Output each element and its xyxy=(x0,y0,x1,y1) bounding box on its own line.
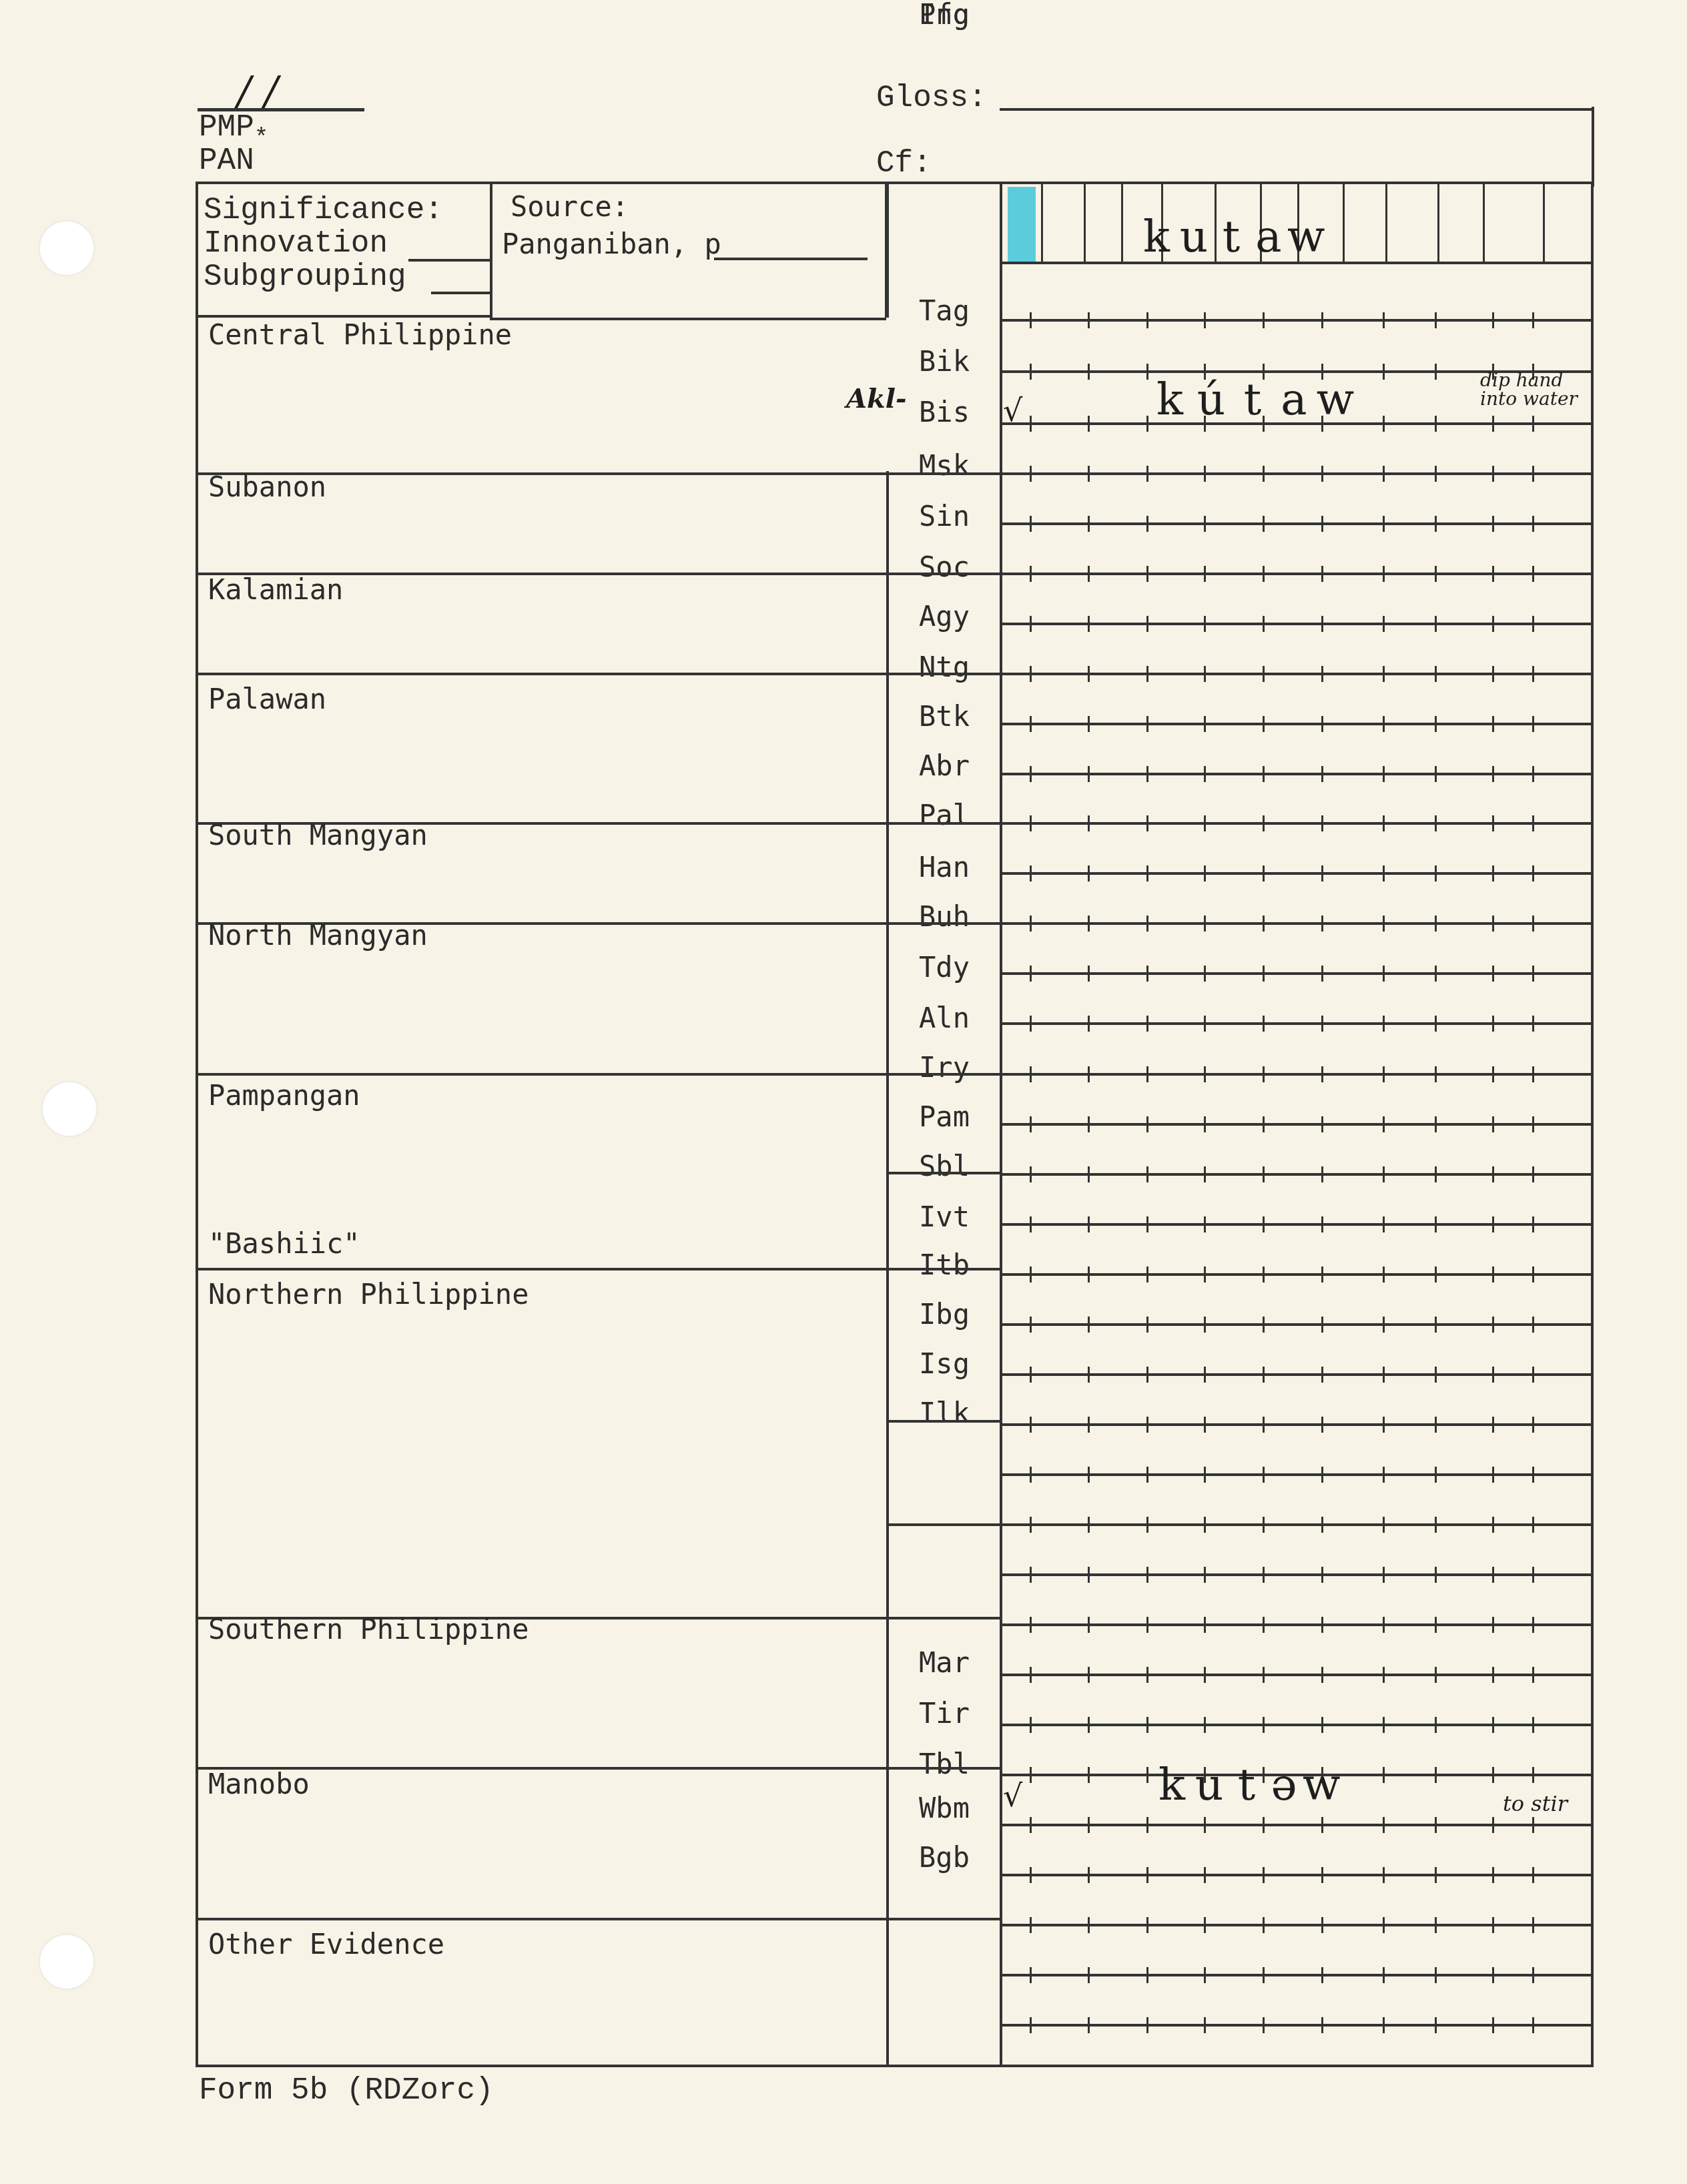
form-letter[interactable]: u xyxy=(1191,1763,1228,1807)
grid-tick xyxy=(1088,616,1090,632)
form-letter[interactable]: w xyxy=(1303,1763,1340,1807)
grid-tick xyxy=(1435,616,1437,632)
language-abbr-bis: Bis xyxy=(894,398,994,427)
grid-tick xyxy=(1146,2017,1148,2033)
grid-tick xyxy=(1492,865,1494,881)
grid-tick xyxy=(1088,1016,1090,1032)
source-page-blank[interactable] xyxy=(714,258,868,260)
grid-tick xyxy=(1146,1967,1148,1983)
grid-tick xyxy=(1321,766,1323,782)
section-label: South Mangyan xyxy=(208,821,428,850)
grid-tick xyxy=(1204,1517,1206,1533)
grid-tick xyxy=(1030,1166,1032,1182)
grid-tick xyxy=(1383,1617,1385,1633)
grid-tick xyxy=(1030,1016,1032,1032)
form-letter[interactable]: t xyxy=(1228,1763,1265,1807)
form-letter[interactable]: ə xyxy=(1265,1763,1303,1807)
grid-tick xyxy=(1532,1917,1534,1933)
grid-tick xyxy=(1532,1517,1534,1533)
grid-tick xyxy=(1321,1467,1323,1483)
language-abbr-iry: Iry xyxy=(894,1053,994,1082)
asterisk: * xyxy=(254,125,269,152)
grid-tick xyxy=(1435,364,1437,380)
language-abbr-agy: Agy xyxy=(894,602,994,631)
grid-tick xyxy=(1088,1667,1090,1683)
grid-tick xyxy=(1088,1266,1090,1283)
grid-tick xyxy=(1030,815,1032,831)
grid-tick xyxy=(1088,916,1090,932)
grid-tick xyxy=(1321,1266,1323,1283)
section-label: "Bashiic" xyxy=(208,1229,360,1258)
grid-tick xyxy=(1492,1967,1494,1983)
grid-tick xyxy=(1204,1066,1206,1082)
grid-tick xyxy=(1030,466,1032,482)
grid-tick xyxy=(1088,966,1090,982)
grid-tick xyxy=(1088,1367,1090,1383)
grid-tick xyxy=(1435,1617,1437,1633)
grid-tick xyxy=(1146,1367,1148,1383)
grid-tick xyxy=(1204,1367,1206,1383)
grid-tick xyxy=(1204,1967,1206,1983)
grid-tick xyxy=(1321,1417,1323,1433)
grid-tick xyxy=(1321,1066,1323,1082)
grid-tick xyxy=(1492,1517,1494,1533)
grid-tick xyxy=(1383,364,1385,380)
grid-tick xyxy=(1088,1767,1090,1783)
gloss-box-right xyxy=(1592,107,1594,187)
language-abbr-bgb: Bgb xyxy=(894,1843,994,1872)
grid-tick xyxy=(1532,1667,1534,1683)
grid-tick xyxy=(1263,1617,1265,1633)
grid-tick xyxy=(1532,1717,1534,1733)
grid-tick xyxy=(1532,1867,1534,1883)
grid-tick xyxy=(1492,312,1494,328)
grid-tick xyxy=(1088,1166,1090,1182)
grid-tick xyxy=(1263,1867,1265,1883)
grid-tick xyxy=(1532,865,1534,881)
label-column-divider xyxy=(886,1172,1001,1174)
grid-tick xyxy=(1492,1767,1494,1783)
grid-tick xyxy=(1532,1066,1534,1082)
grid-tick xyxy=(1030,1617,1032,1633)
grid-tick xyxy=(1383,865,1385,881)
language-abbr-pam: Pam xyxy=(894,1102,994,1132)
language-abbr-ivt: Ivt xyxy=(894,1202,994,1232)
language-abbr-tdy: Tdy xyxy=(894,953,994,982)
grid-tick xyxy=(1204,1166,1206,1182)
grid-tick xyxy=(1532,616,1534,632)
grid-tick xyxy=(1383,1717,1385,1733)
grid-tick xyxy=(1492,1166,1494,1182)
grid-tick xyxy=(1030,1066,1032,1082)
grid-tick xyxy=(1321,666,1323,682)
reconstruction-letter[interactable]: k xyxy=(1138,215,1175,259)
grid-tick xyxy=(1030,1767,1032,1783)
grid-tick xyxy=(1263,1717,1265,1733)
grid-tick xyxy=(1492,616,1494,632)
grid-tick xyxy=(1263,666,1265,682)
grid-tick xyxy=(1146,1767,1148,1783)
grid-tick xyxy=(1146,312,1148,328)
grid-tick xyxy=(1030,916,1032,932)
grid-tick xyxy=(1435,1917,1437,1933)
grid-tick xyxy=(1532,1317,1534,1333)
grid-tick xyxy=(1146,815,1148,831)
grid-tick xyxy=(1492,1266,1494,1283)
grid-tick xyxy=(1263,1216,1265,1232)
binder-hole-bottom xyxy=(39,1934,95,1990)
grid-tick xyxy=(1263,466,1265,482)
significance-title: Significance: xyxy=(204,195,443,226)
grid-tick xyxy=(1321,865,1323,881)
grid-tick xyxy=(1204,1567,1206,1583)
grid-tick xyxy=(1263,1367,1265,1383)
language-abbr-isg: Isg xyxy=(894,1349,994,1379)
grid-tick xyxy=(1088,364,1090,380)
cf-label: Cf: xyxy=(876,148,932,179)
grid-tick xyxy=(1383,1567,1385,1583)
grid-tick xyxy=(1146,466,1148,482)
grid-tick xyxy=(1030,1517,1032,1533)
subgrouping-blank[interactable] xyxy=(431,292,491,294)
grid-tick xyxy=(1492,1917,1494,1933)
grid-tick xyxy=(1030,1216,1032,1232)
grid-tick xyxy=(1435,766,1437,782)
language-abbr-pal: Pal xyxy=(894,801,994,830)
grid-tick xyxy=(1383,616,1385,632)
grid-tick xyxy=(1532,416,1534,432)
grid-tick xyxy=(1492,1667,1494,1683)
grid-tick xyxy=(1030,1917,1032,1933)
grid-tick xyxy=(1435,312,1437,328)
grid-tick xyxy=(1321,1517,1323,1533)
grid-tick xyxy=(1088,716,1090,732)
grid-tick xyxy=(1146,1266,1148,1283)
bis-check-mark: √ xyxy=(1003,392,1022,428)
grid-tick xyxy=(1263,1517,1265,1533)
section-label: Southern Philippine xyxy=(208,1615,529,1644)
grid-tick xyxy=(1088,566,1090,582)
grid-tick xyxy=(1088,1817,1090,1833)
grid-tick xyxy=(1492,566,1494,582)
grid-tick xyxy=(1492,1367,1494,1383)
form-bottom-line xyxy=(196,2065,1594,2067)
grid-tick xyxy=(1146,1417,1148,1433)
form-left-border xyxy=(196,318,198,2067)
grid-tick xyxy=(1263,616,1265,632)
reconstruction-cell-divider xyxy=(1385,183,1387,263)
wbm-check-mark: √ xyxy=(1003,1778,1022,1814)
grid-tick xyxy=(1204,1266,1206,1283)
binder-hole-middle xyxy=(41,1081,97,1137)
grid-tick xyxy=(1383,312,1385,328)
section-divider xyxy=(196,1073,1002,1076)
grid-tick xyxy=(1492,1867,1494,1883)
grid-tick xyxy=(1383,1317,1385,1333)
grid-tick xyxy=(1532,1467,1534,1483)
grid-tick xyxy=(1146,716,1148,732)
grid-tick xyxy=(1435,1016,1437,1032)
grid-tick xyxy=(1492,1066,1494,1082)
highlight-marker xyxy=(1008,187,1036,262)
grid-tick xyxy=(1383,766,1385,782)
grid-tick xyxy=(1492,1467,1494,1483)
grid-tick xyxy=(1321,916,1323,932)
grid-tick xyxy=(1088,1867,1090,1883)
language-abbr-tag: Tag xyxy=(894,296,994,326)
grid-tick xyxy=(1532,1967,1534,1983)
reconstruction-cell-divider xyxy=(1121,183,1123,263)
grid-tick xyxy=(1321,1817,1323,1833)
grid-tick xyxy=(1321,1867,1323,1883)
language-abbr-itb: Itb xyxy=(894,1250,994,1280)
grid-tick xyxy=(1532,766,1534,782)
form-letter[interactable]: ú xyxy=(1191,378,1232,422)
grid-tick xyxy=(1146,1016,1148,1032)
grid-tick xyxy=(1435,966,1437,982)
grid-tick xyxy=(1492,815,1494,831)
grid-tick xyxy=(1088,1116,1090,1132)
grid-tick xyxy=(1146,416,1148,432)
grid-tick xyxy=(1532,1016,1534,1032)
grid-tick xyxy=(1492,1016,1494,1032)
grid-tick xyxy=(1204,815,1206,831)
grid-tick xyxy=(1263,865,1265,881)
grid-tick xyxy=(1146,865,1148,881)
grid-tick xyxy=(1088,1517,1090,1533)
gloss-label: Gloss: xyxy=(876,83,987,113)
language-abbr-sin: Sin xyxy=(894,502,994,531)
grid-tick xyxy=(1435,466,1437,482)
grid-tick xyxy=(1204,1817,1206,1833)
grid-tick xyxy=(1435,416,1437,432)
grid-tick xyxy=(1263,1317,1265,1333)
grid-tick xyxy=(1532,2017,1534,2033)
header-top-line xyxy=(886,181,1594,184)
grid-tick xyxy=(1321,1617,1323,1633)
form-letter[interactable]: a xyxy=(1273,378,1315,422)
grid-tick xyxy=(1204,1016,1206,1032)
grid-tick xyxy=(1204,466,1206,482)
section-divider xyxy=(196,1918,1002,1920)
grid-tick xyxy=(1204,1116,1206,1132)
grid-tick xyxy=(1204,716,1206,732)
language-abbr-wbm: Wbm xyxy=(894,1794,994,1823)
grid-tick xyxy=(1204,2017,1206,2033)
language-abbr-aln: Aln xyxy=(894,1004,994,1033)
grid-tick xyxy=(1146,766,1148,782)
grid-tick xyxy=(1030,1867,1032,1883)
grid-tick xyxy=(1492,516,1494,532)
grid-tick xyxy=(1030,966,1032,982)
grid-tick xyxy=(1146,516,1148,532)
grid-tick xyxy=(1030,364,1032,380)
grid-tick xyxy=(1383,815,1385,831)
grid-tick xyxy=(1146,1216,1148,1232)
grid-tick xyxy=(1532,916,1534,932)
grid-tick xyxy=(1383,1967,1385,1983)
grid-tick xyxy=(1263,1016,1265,1032)
grid-tick xyxy=(1263,2017,1265,2033)
grid-tick xyxy=(1146,1517,1148,1533)
section-label: Palawan xyxy=(208,685,326,714)
grid-tick xyxy=(1532,1417,1534,1433)
section-label: Other Evidence xyxy=(208,1930,444,1959)
grid-tick xyxy=(1321,716,1323,732)
grid-tick xyxy=(1088,815,1090,831)
grid-tick xyxy=(1146,364,1148,380)
bis-gloss-line1: dip hand xyxy=(1480,371,1578,390)
grid-tick xyxy=(1321,1967,1323,1983)
grid-tick xyxy=(1030,516,1032,532)
grid-tick xyxy=(1146,1817,1148,1833)
section-label: Northern Philippine xyxy=(208,1280,529,1309)
grid-tick xyxy=(1435,1817,1437,1833)
grid-tick xyxy=(1383,1367,1385,1383)
grid-tick xyxy=(1146,1917,1148,1933)
grid-tick xyxy=(1492,966,1494,982)
grid-tick xyxy=(1435,516,1437,532)
grid-tick xyxy=(1146,1867,1148,1883)
grid-tick xyxy=(1383,1817,1385,1833)
grid-tick xyxy=(1146,616,1148,632)
reconstruction-letter[interactable]: a xyxy=(1250,215,1287,259)
grid-tick xyxy=(1532,1216,1534,1232)
form-letter[interactable]: k xyxy=(1153,1763,1191,1807)
grid-tick xyxy=(1492,1116,1494,1132)
reconstruction-cell-divider xyxy=(1437,183,1439,263)
grid-tick xyxy=(1532,1166,1534,1182)
grid-tick xyxy=(1532,716,1534,732)
form-letter[interactable]: w xyxy=(1315,378,1356,422)
grid-tick xyxy=(1532,815,1534,831)
reconstruction-letter[interactable]: w xyxy=(1287,215,1325,259)
grid-tick xyxy=(1492,1216,1494,1232)
source-title: Source: xyxy=(511,192,629,222)
grid-tick xyxy=(1088,2017,1090,2033)
grid-tick xyxy=(1204,666,1206,682)
grid-tick xyxy=(1492,1817,1494,1833)
grid-tick xyxy=(1532,1116,1534,1132)
grid-tick xyxy=(1321,516,1323,532)
grid-tick xyxy=(1383,1266,1385,1283)
label-column-divider xyxy=(886,1523,1001,1526)
form-letter[interactable]: t xyxy=(1232,378,1273,422)
grid-tick xyxy=(1030,716,1032,732)
gloss-field[interactable] xyxy=(1001,83,1588,109)
grid-tick xyxy=(1435,1767,1437,1783)
grid-tick xyxy=(1263,1917,1265,1933)
section-divider xyxy=(196,1767,1002,1770)
grid-tick xyxy=(1321,1367,1323,1383)
grid-tick xyxy=(1532,466,1534,482)
grid-tick xyxy=(1532,1817,1534,1833)
grid-tick xyxy=(1263,815,1265,831)
grid-tick xyxy=(1321,1667,1323,1683)
grid-tick xyxy=(1435,1667,1437,1683)
section-divider xyxy=(196,673,1002,675)
grid-tick xyxy=(1435,566,1437,582)
language-abbr-ibg: Ibg xyxy=(894,1300,994,1329)
grid-tick xyxy=(1030,1717,1032,1733)
grid-tick xyxy=(1204,1467,1206,1483)
section-label: Subanon xyxy=(208,472,326,502)
language-abbr-soc: Soc xyxy=(894,553,994,582)
grid-tick xyxy=(1146,666,1148,682)
reconstruction-letter[interactable]: t xyxy=(1213,215,1250,259)
grid-tick xyxy=(1030,1367,1032,1383)
grid-tick xyxy=(1146,1617,1148,1633)
form-label: Form 5b (RDZorc) xyxy=(199,2075,494,2106)
innovation-blank[interactable] xyxy=(408,259,491,262)
grid-tick xyxy=(1088,766,1090,782)
wbm-gloss: to stir xyxy=(1503,1791,1568,1816)
grid-tick xyxy=(1435,1517,1437,1533)
grid-tick xyxy=(1321,1116,1323,1132)
grid-tick xyxy=(1435,1066,1437,1082)
grid-tick xyxy=(1030,766,1032,782)
label-column-divider xyxy=(886,1420,1001,1423)
grid-tick xyxy=(1383,1116,1385,1132)
grid-tick xyxy=(1146,1317,1148,1333)
pmp-text: PMP xyxy=(199,110,254,145)
grid-tick xyxy=(1088,312,1090,328)
grid-tick xyxy=(1383,1767,1385,1783)
grid-tick xyxy=(1146,1667,1148,1683)
grid-tick xyxy=(1263,566,1265,582)
grid-tick xyxy=(1383,1917,1385,1933)
language-abbr-buh: Buh xyxy=(894,902,994,932)
grid-tick xyxy=(1088,1917,1090,1933)
language-abbr-ilk: Ilk xyxy=(894,1399,994,1428)
grid-tick xyxy=(1204,1867,1206,1883)
language-abbr-bik: Bik xyxy=(894,347,994,376)
reconstruction-letter[interactable]: u xyxy=(1175,215,1213,259)
grid-tick xyxy=(1383,1216,1385,1232)
grid-tick xyxy=(1321,312,1323,328)
grid-tick xyxy=(1088,1317,1090,1333)
bis-gloss-line2: into water xyxy=(1480,390,1578,408)
grid-tick xyxy=(1321,566,1323,582)
subgrouping-label: Subgrouping xyxy=(204,262,406,292)
binder-hole-top xyxy=(39,220,95,276)
form-letter[interactable]: k xyxy=(1149,378,1191,422)
grid-tick xyxy=(1263,1817,1265,1833)
grid-tick xyxy=(1492,416,1494,432)
grid-tick xyxy=(1088,1216,1090,1232)
section-label: Central Philippine xyxy=(208,320,512,350)
reconstruction-cell-divider xyxy=(1343,183,1345,263)
grid-tick xyxy=(1321,616,1323,632)
reconstruction-cell-divider xyxy=(1041,183,1043,263)
language-abbr-han: Han xyxy=(894,853,994,882)
grid-tick xyxy=(1383,916,1385,932)
cf-field[interactable] xyxy=(948,148,1548,177)
grid-tick xyxy=(1088,666,1090,682)
grid-tick xyxy=(1383,1417,1385,1433)
grid-tick xyxy=(1088,1967,1090,1983)
grid-tick xyxy=(1492,666,1494,682)
grid-tick xyxy=(1146,966,1148,982)
grid-tick xyxy=(1532,966,1534,982)
section-label: North Mangyan xyxy=(208,921,428,950)
grid-tick xyxy=(1088,1066,1090,1082)
grid-tick xyxy=(1263,312,1265,328)
grid-tick xyxy=(1088,416,1090,432)
reconstruction-cell-divider xyxy=(1483,183,1485,263)
grid-tick xyxy=(1146,916,1148,932)
grid-tick xyxy=(1204,566,1206,582)
